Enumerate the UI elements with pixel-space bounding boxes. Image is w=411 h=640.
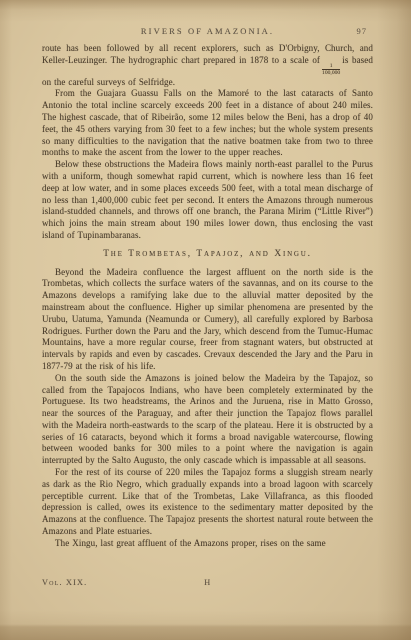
scale-fraction: 1100,000 — [322, 64, 340, 77]
paragraph-text: route has been followed by all recent ex… — [42, 43, 373, 65]
book-page-scan: RIVERS OF AMAZONIA. 97 route has been fo… — [0, 0, 411, 640]
paragraph: Below these obstructions the Madeira flo… — [42, 159, 373, 242]
paragraph: The Xingu, last great affluent of the Am… — [42, 538, 373, 550]
page-footer: Vol. XIX. H — [42, 578, 373, 591]
paragraph: route has been followed by all recent ex… — [42, 43, 373, 88]
running-header: RIVERS OF AMAZONIA. 97 — [42, 26, 373, 39]
running-header-title: RIVERS OF AMAZONIA. — [141, 26, 274, 36]
volume-label: Vol. XIX. — [42, 578, 87, 587]
paragraph: From the Guajara Guassu Falls on the Mam… — [42, 88, 373, 159]
paragraph: For the rest of its course of 220 miles … — [42, 467, 373, 538]
section-heading: The Trombetas, Tapajoz, and Xingu. — [42, 249, 373, 261]
signature-mark: H — [204, 578, 210, 587]
page-number: 97 — [357, 26, 368, 36]
paragraph: On the south side the Amazons is joined … — [42, 373, 373, 467]
fraction-denominator: 100,000 — [322, 69, 340, 76]
paragraph: Beyond the Madeira confluence the larges… — [42, 267, 373, 373]
body-text: route has been followed by all recent ex… — [42, 43, 373, 550]
